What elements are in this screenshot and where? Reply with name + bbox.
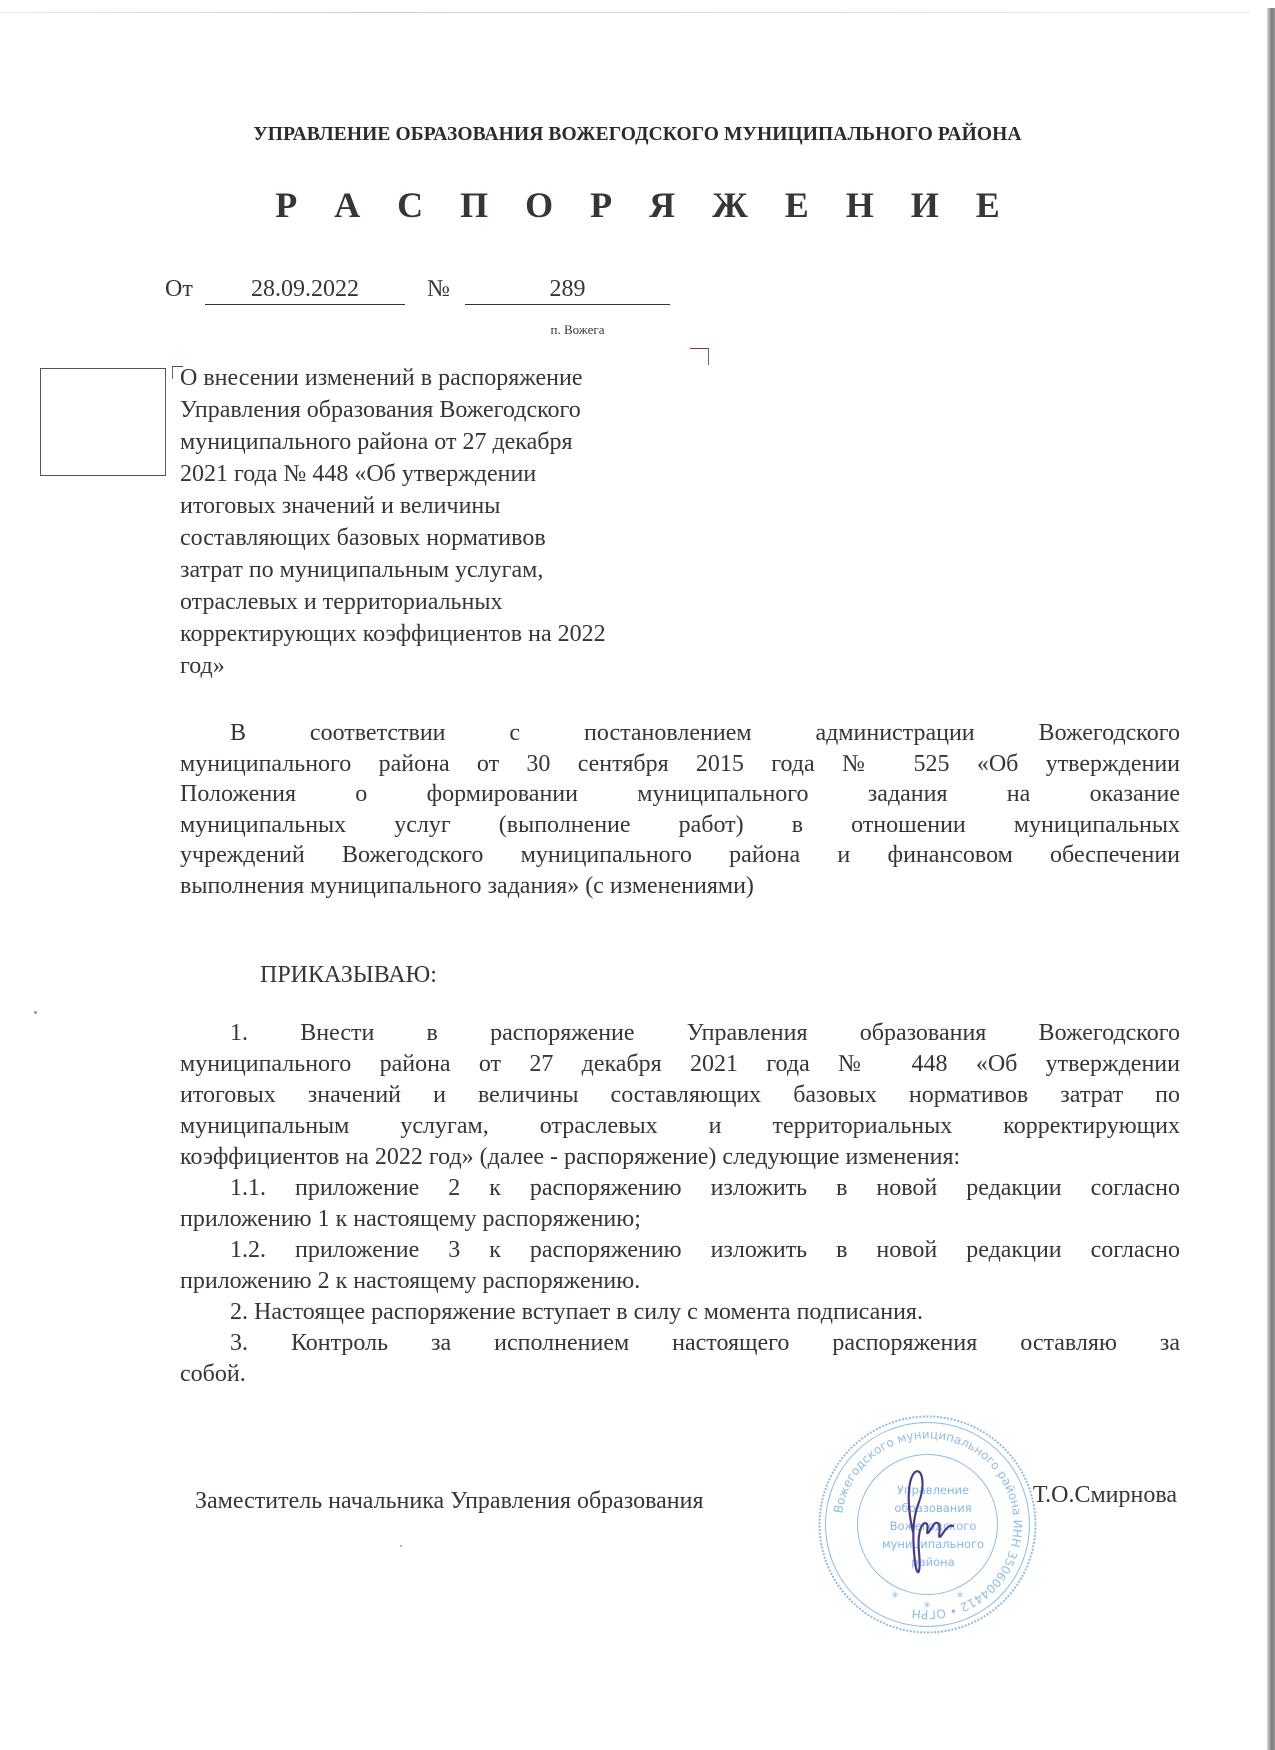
order-items: 1. Внести в распоряжение Управления обра… [180, 1018, 1180, 1390]
preamble-paragraph: В соответствии с постановлением админист… [180, 718, 1180, 901]
order-item-line: 3. Контроль за исполнением настоящего ра… [180, 1328, 1180, 1359]
order-item-line: 1. Внести в распоряжение Управления обра… [180, 1018, 1180, 1049]
subject-line: год» [180, 650, 720, 682]
svg-text:муниципального: муниципального [882, 1537, 984, 1551]
preamble-line: муниципального района от 30 сентября 201… [180, 749, 1180, 780]
subject-line: корректирующих коэффициентов на 2022 [180, 618, 720, 650]
subject-line: составляющих базовых нормативов [180, 522, 720, 554]
preamble-line: выполнения муниципального задания» (с из… [180, 871, 1180, 902]
blank-box [40, 368, 166, 476]
official-stamp-icon: Вожегодского муниципального района ИНН 3… [815, 1412, 1040, 1637]
organization-header: УПРАВЛЕНИЕ ОБРАЗОВАНИЯ ВОЖЕГОДСКОГО МУНИ… [0, 124, 1275, 146]
date-label: От [165, 276, 193, 303]
subject-line: муниципального района от 27 декабря [180, 426, 720, 458]
svg-text:*: * [924, 1600, 931, 1616]
subject-line: отраслевых и территориальных [180, 586, 720, 618]
scan-edge-right [1267, 8, 1275, 1750]
place-label: п. Вожега [0, 322, 1275, 338]
preamble-line: Положения о формировании муниципального … [180, 779, 1180, 810]
svg-text:района: района [911, 1555, 954, 1569]
svg-text:*: * [892, 1590, 899, 1606]
preamble-line: В соответствии с постановлением админист… [180, 718, 1180, 749]
date-value: 28.09.2022 [205, 276, 405, 305]
order-item-line: муниципальным услугам, отраслевых и терр… [180, 1111, 1180, 1142]
order-item-line: собой. [180, 1359, 1180, 1390]
document-title: Р А С П О Р Я Ж Е Н И Е [0, 184, 1275, 226]
number-value: 289 [465, 276, 670, 305]
number-label: № [427, 276, 450, 303]
scan-speck [34, 1011, 37, 1014]
order-item-line: приложению 2 к настоящему распоряжению. [180, 1266, 1180, 1297]
preamble-line: учреждений Вожегодского муниципального р… [180, 840, 1180, 871]
document-page: УПРАВЛЕНИЕ ОБРАЗОВАНИЯ ВОЖЕГОДСКОГО МУНИ… [0, 0, 1275, 1750]
order-item-line: муниципального района от 27 декабря 2021… [180, 1049, 1180, 1080]
subject-line: итоговых значений и величины [180, 490, 720, 522]
svg-text:образования: образования [894, 1501, 971, 1515]
order-word: ПРИКАЗЫВАЮ: [260, 962, 437, 989]
scan-speck [400, 1545, 402, 1547]
order-item-line: приложению 1 к настоящему распоряжению; [180, 1204, 1180, 1235]
signatory-role: Заместитель начальника Управления образо… [195, 1488, 704, 1515]
order-item-line: 2. Настоящее распоряжение вступает в сил… [180, 1297, 1180, 1328]
order-item-line: коэффициентов на 2022 год» (далее - расп… [180, 1142, 1180, 1173]
scan-edge-top [0, 12, 1250, 13]
subject-line: 2021 года № 448 «Об утверждении [180, 458, 720, 490]
subject-line: затрат по муниципальным услугам, [180, 554, 720, 586]
preamble-line: муниципальных услуг (выполнение работ) в… [180, 810, 1180, 841]
order-item-line: 1.1. приложение 2 к распоряжению изложит… [180, 1173, 1180, 1204]
subject-line: О внесении изменений в распоряжение [180, 362, 720, 394]
order-item-line: 1.2. приложение 3 к распоряжению изложит… [180, 1235, 1180, 1266]
subject-block: О внесении изменений в распоряжение Упра… [180, 362, 720, 682]
signatory-name: Т.О.Смирнова [1033, 1482, 1177, 1509]
subject-line: Управления образования Вожегодского [180, 394, 720, 426]
order-item-line: итоговых значений и величины составляющи… [180, 1080, 1180, 1111]
svg-text:*: * [957, 1590, 964, 1606]
